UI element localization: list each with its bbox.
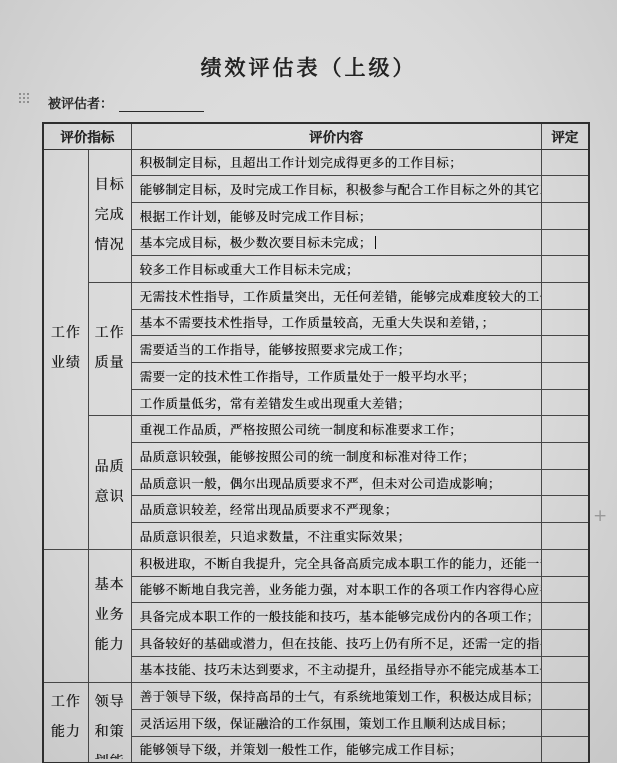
criteria-cell[interactable]: 重视工作品质，严格按照公司统一制度和标准要求工作； <box>131 416 541 443</box>
evaluee-blank-field[interactable] <box>119 98 204 112</box>
text-caret <box>375 236 377 249</box>
rating-cell[interactable] <box>541 683 589 710</box>
criteria-cell[interactable]: 根据工作计划，能够及时完成工作目标； <box>131 202 541 229</box>
criteria-cell[interactable]: 品质意识很差，只追求数量，不注重实际效果； <box>131 523 541 550</box>
rating-cell[interactable] <box>541 389 589 416</box>
table-row: 工作 业绩目标 完成 情况积极制定目标，且超出工作计划完成得更多的工作目标； <box>43 149 589 176</box>
table-row: 品质 意识重视工作品质，严格按照公司统一制度和标准要求工作； <box>43 416 589 443</box>
rating-cell[interactable] <box>541 256 589 283</box>
criteria-cell[interactable]: 较多工作目标或重大工作目标未完成； <box>131 256 541 283</box>
rating-cell[interactable] <box>541 736 589 763</box>
subcategory-cell: 基本 业务 能力 <box>88 549 131 682</box>
rating-cell[interactable] <box>541 656 589 683</box>
subcategory-cell: 品质 意识 <box>88 416 131 549</box>
cross-cursor-icon: + <box>593 506 607 526</box>
criteria-cell[interactable]: 具备完成本职工作的一般技能和技巧，基本能够完成份内的各项工作； <box>131 603 541 630</box>
rating-cell[interactable] <box>541 363 589 390</box>
rating-cell[interactable] <box>541 709 589 736</box>
table-drag-handle-icon[interactable] <box>19 93 21 95</box>
criteria-cell[interactable]: 基本完成目标，极少数次要目标未完成； <box>131 229 541 256</box>
document-page: 绩效评估表（上级） 被评估者： 评价指标 评价内容 评定 工作 业绩目标 完成 … <box>0 0 617 763</box>
rating-cell[interactable] <box>541 576 589 603</box>
rating-cell[interactable] <box>541 469 589 496</box>
evaluee-row: 被评估者： <box>48 93 204 112</box>
criteria-cell[interactable]: 需要一定的技术性工作指导，工作质量处于一般平均水平； <box>131 363 541 390</box>
rating-cell[interactable] <box>541 176 589 203</box>
criteria-cell[interactable]: 积极进取，不断自我提升，完全具备高质完成本职工作的能力，还能一专多长； <box>131 549 541 576</box>
rating-cell[interactable] <box>541 523 589 550</box>
category-cell: 工作 能力 <box>43 683 88 763</box>
criteria-cell[interactable]: 能够领导下级，并策划一般性工作，能够完成工作目标； <box>131 736 541 763</box>
header-content: 评价内容 <box>131 123 541 149</box>
header-row: 评价指标 评价内容 评定 <box>43 123 589 149</box>
rating-cell[interactable] <box>541 549 589 576</box>
page-title: 绩效评估表（上级） <box>0 52 617 82</box>
criteria-cell[interactable]: 工作质量低劣，常有差错发生或出现重大差错； <box>131 389 541 416</box>
criteria-cell[interactable]: 品质意识一般，偶尔出现品质要求不严，但未对公司造成影响； <box>131 469 541 496</box>
rating-cell[interactable] <box>541 229 589 256</box>
criteria-cell[interactable]: 无需技术性指导，工作质量突出，无任何差错，能够完成难度较大的工作任务； <box>131 282 541 309</box>
rating-cell[interactable] <box>541 629 589 656</box>
criteria-cell[interactable]: 灵活运用下级，保证融洽的工作氛围，策划工作且顺利达成目标； <box>131 709 541 736</box>
evaluation-table: 评价指标 评价内容 评定 工作 业绩目标 完成 情况积极制定目标，且超出工作计划… <box>42 122 590 763</box>
rating-cell[interactable] <box>541 149 589 176</box>
criteria-cell[interactable]: 品质意识较差，经常出现品质要求不严现象； <box>131 496 541 523</box>
table-row: 工作 质量无需技术性指导，工作质量突出，无任何差错，能够完成难度较大的工作任务； <box>43 282 589 309</box>
header-rating: 评定 <box>541 123 589 149</box>
criteria-cell[interactable]: 具备较好的基础或潜力，但在技能、技巧上仍有所不足，还需一定的指导和培养； <box>131 629 541 656</box>
criteria-cell[interactable]: 善于领导下级，保持高昂的士气，有系统地策划工作，积极达成目标； <box>131 683 541 710</box>
category-cell: 工作 业绩 <box>43 149 88 549</box>
rating-cell[interactable] <box>541 309 589 336</box>
category-cell <box>43 549 88 682</box>
rating-cell[interactable] <box>541 202 589 229</box>
criteria-cell[interactable]: 能够不断地自我完善，业务能力强，对本职工作的各项工作内容得心应手； <box>131 576 541 603</box>
rating-cell[interactable] <box>541 603 589 630</box>
rating-cell[interactable] <box>541 336 589 363</box>
criteria-cell[interactable]: 积极制定目标，且超出工作计划完成得更多的工作目标； <box>131 149 541 176</box>
subcategory-cell: 目标 完成 情况 <box>88 149 131 282</box>
subcategory-cell: 工作 质量 <box>88 282 131 415</box>
header-indicator: 评价指标 <box>43 123 131 149</box>
criteria-cell[interactable]: 品质意识较强，能够按照公司的统一制度和标准对待工作； <box>131 443 541 470</box>
criteria-cell[interactable]: 基本不需要技术性指导，工作质量较高，无重大失误和差错，； <box>131 309 541 336</box>
rating-cell[interactable] <box>541 282 589 309</box>
rating-cell[interactable] <box>541 496 589 523</box>
criteria-cell[interactable]: 基本技能、技巧未达到要求，不主动提升，虽经指导亦不能完成基本工作内容； <box>131 656 541 683</box>
criteria-cell[interactable]: 能够制定目标，及时完成工作目标，积极参与配合工作目标之外的其它工作； <box>131 176 541 203</box>
evaluee-label: 被评估者： <box>48 96 113 111</box>
table-row: 工作 能力领导 和策 划能 力善于领导下级，保持高昂的士气，有系统地策划工作，积… <box>43 683 589 710</box>
subcategory-cell: 领导 和策 划能 力 <box>88 683 131 763</box>
rating-cell[interactable] <box>541 443 589 470</box>
table-row: 基本 业务 能力积极进取，不断自我提升，完全具备高质完成本职工作的能力，还能一专… <box>43 549 589 576</box>
criteria-cell[interactable]: 需要适当的工作指导，能够按照要求完成工作； <box>131 336 541 363</box>
rating-cell[interactable] <box>541 416 589 443</box>
